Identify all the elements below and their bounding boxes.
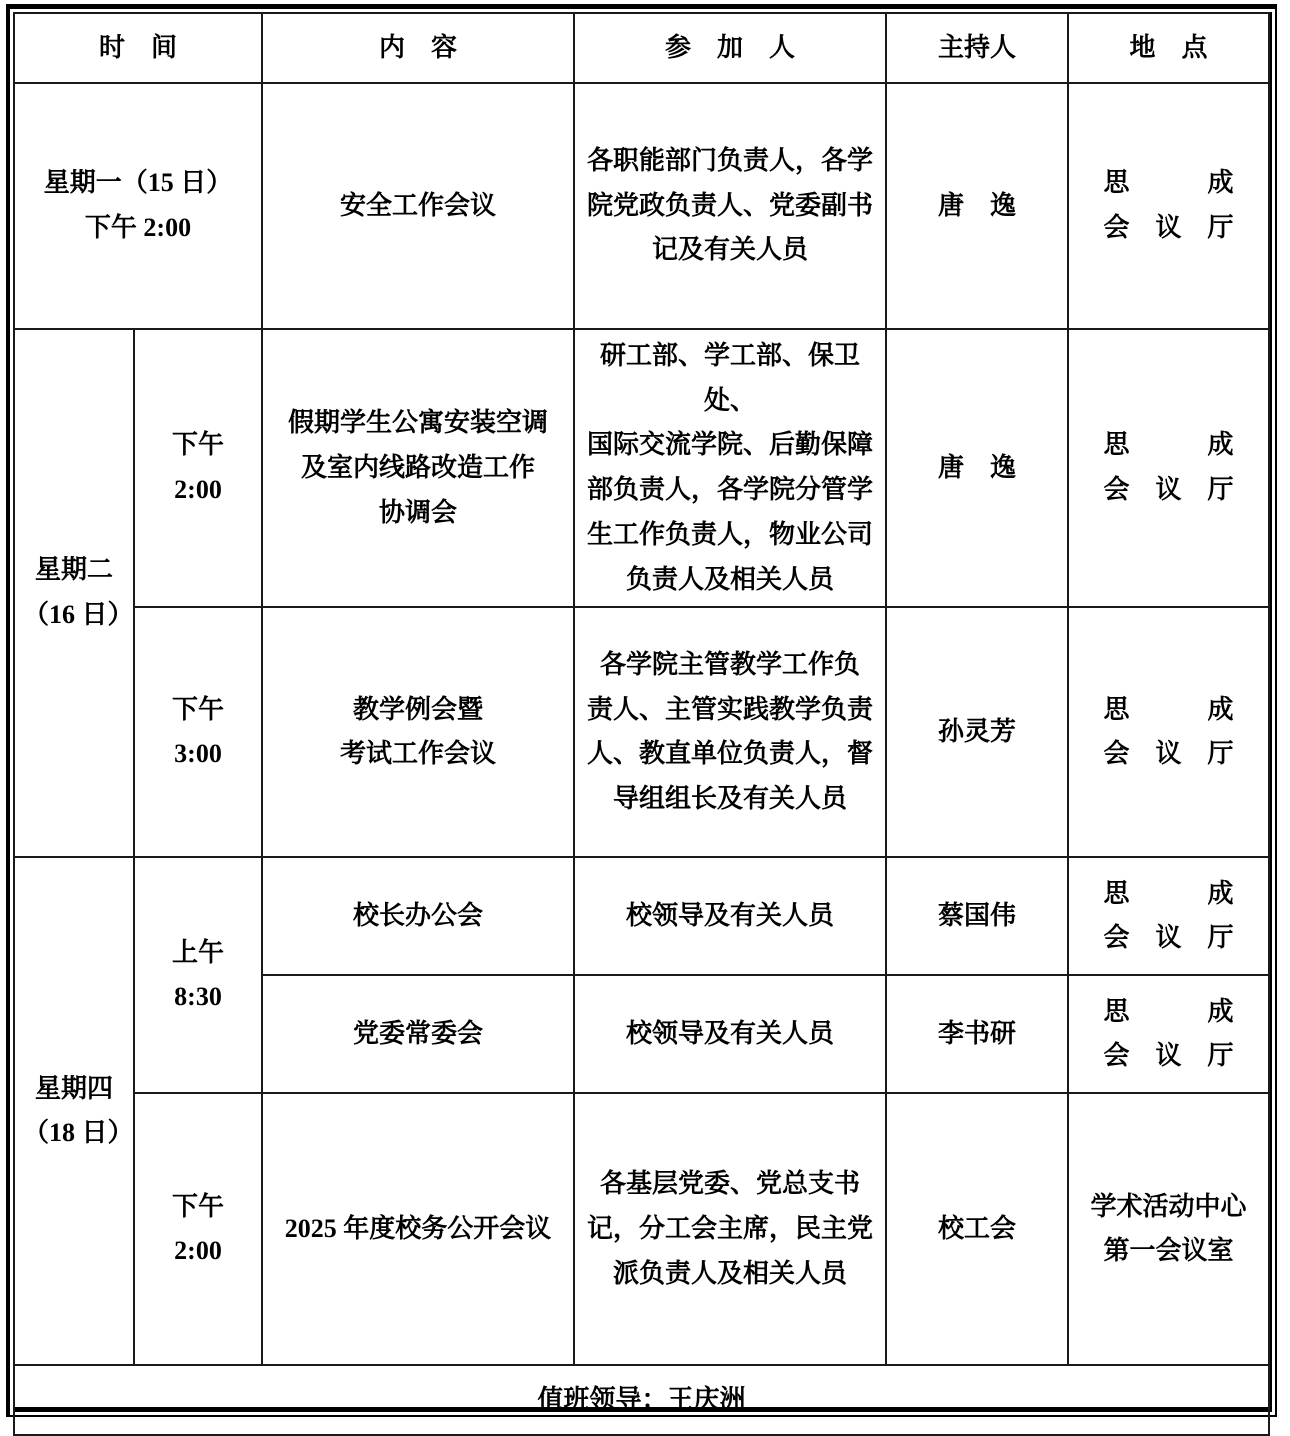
time-cell: 下午 2:00 xyxy=(134,1093,262,1365)
content-cell: 2025 年度校务公开会议 xyxy=(262,1093,574,1365)
duty-leader-label: 值班领导：王庆洲 xyxy=(14,1365,1269,1435)
host-cell: 蔡国伟 xyxy=(886,857,1068,975)
day-cell: 星期二 （16 日） xyxy=(14,329,134,857)
participants-cell: 各学院主管教学工作负 责人、主管实践教学负责 人、教直单位负责人，督 导组组长及… xyxy=(574,607,886,857)
content-cell: 党委常委会 xyxy=(262,975,574,1093)
header-location: 地 点 xyxy=(1068,13,1269,83)
location-cell: 思 成 会 议 厅 xyxy=(1068,329,1269,607)
content-cell: 校长办公会 xyxy=(262,857,574,975)
location-cell: 思 成 会 议 厅 xyxy=(1068,857,1269,975)
content-cell: 假期学生公寓安装空调 及室内线路改造工作 协调会 xyxy=(262,329,574,607)
host-cell: 唐 逸 xyxy=(886,83,1068,329)
location-cell: 思 成 会 议 厅 xyxy=(1068,975,1269,1093)
header-content: 内 容 xyxy=(262,13,574,83)
participants-cell: 研工部、学工部、保卫处、 国际交流学院、后勤保障 部负责人，各学院分管学 生工作… xyxy=(574,329,886,607)
participants-cell: 校领导及有关人员 xyxy=(574,857,886,975)
header-host: 主持人 xyxy=(886,13,1068,83)
row-thursday-president-meeting: 星期四 （18 日） 上午 8:30 校长办公会 校领导及有关人员 蔡国伟 思 … xyxy=(14,857,1269,975)
time-cell: 下午 2:00 xyxy=(134,329,262,607)
content-cell: 教学例会暨 考试工作会议 xyxy=(262,607,574,857)
header-row: 时 间 内 容 参 加 人 主持人 地 点 xyxy=(14,13,1269,83)
participants-cell: 各基层党委、党总支书 记，分工会主席，民主党 派负责人及相关人员 xyxy=(574,1093,886,1365)
row-monday-safety-meeting: 星期一（15 日） 下午 2:00 安全工作会议 各职能部门负责人，各学 院党政… xyxy=(14,83,1269,329)
participants-cell: 校领导及有关人员 xyxy=(574,975,886,1093)
participants-cell: 各职能部门负责人，各学 院党政负责人、党委副书 记及有关人员 xyxy=(574,83,886,329)
document-frame: 时 间 内 容 参 加 人 主持人 地 点 星期一（15 日） 下午 2:00 … xyxy=(6,4,1277,1417)
host-cell: 唐 逸 xyxy=(886,329,1068,607)
location-cell: 思 成 会 议 厅 xyxy=(1068,607,1269,857)
location-cell: 思 成 会 议 厅 xyxy=(1068,83,1269,329)
row-thursday-school-affairs-meeting: 下午 2:00 2025 年度校务公开会议 各基层党委、党总支书 记，分工会主席… xyxy=(14,1093,1269,1365)
host-cell: 孙灵芳 xyxy=(886,607,1068,857)
row-tuesday-dorm-ac-meeting: 星期二 （16 日） 下午 2:00 假期学生公寓安装空调 及室内线路改造工作 … xyxy=(14,329,1269,607)
header-participants: 参 加 人 xyxy=(574,13,886,83)
header-time: 时 间 xyxy=(14,13,262,83)
day-time-cell: 星期一（15 日） 下午 2:00 xyxy=(14,83,262,329)
day-cell: 星期四 （18 日） xyxy=(14,857,134,1365)
time-cell: 下午 3:00 xyxy=(134,607,262,857)
footer-row: 值班领导：王庆洲 xyxy=(14,1365,1269,1435)
document-frame-inner: 时 间 内 容 参 加 人 主持人 地 点 星期一（15 日） 下午 2:00 … xyxy=(13,12,1272,1412)
host-cell: 李书研 xyxy=(886,975,1068,1093)
meeting-schedule-table: 时 间 内 容 参 加 人 主持人 地 点 星期一（15 日） 下午 2:00 … xyxy=(13,12,1270,1436)
time-cell: 上午 8:30 xyxy=(134,857,262,1093)
location-cell: 学术活动中心 第一会议室 xyxy=(1068,1093,1269,1365)
host-cell: 校工会 xyxy=(886,1093,1068,1365)
content-cell: 安全工作会议 xyxy=(262,83,574,329)
row-tuesday-teaching-meeting: 下午 3:00 教学例会暨 考试工作会议 各学院主管教学工作负 责人、主管实践教… xyxy=(14,607,1269,857)
